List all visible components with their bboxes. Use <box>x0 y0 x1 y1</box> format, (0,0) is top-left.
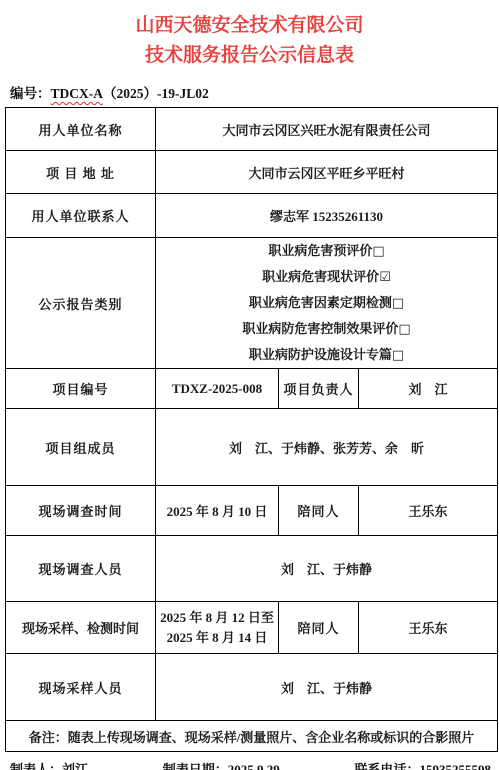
report-type-options: 职业病危害预评价□ 职业病危害现状评价☑ 职业病危害因素定期检测□ 职业病防危害… <box>156 238 498 369</box>
project-leader-label: 项目负责人 <box>279 369 359 409</box>
survey-accompany-value: 王乐东 <box>359 486 498 536</box>
project-number-label: 项目编号 <box>6 369 156 409</box>
footer-line: 制表人：刘江 制表日期：2025.9.29 联系电话：15935255598 <box>10 759 491 770</box>
employer-name-label: 用人单位名称 <box>6 108 156 151</box>
checkbox-unchecked-icon[interactable]: □ <box>372 239 384 264</box>
row-employer-contact: 用人单位联系人 缪志军 15235261130 <box>6 194 498 238</box>
row-sampling-time: 现场采样、检测时间 2025 年 8 月 12 日至 2025 年 8 月 14… <box>6 602 498 654</box>
phone-label: 联系电话： <box>354 762 419 770</box>
sampling-accompany-value: 王乐东 <box>359 602 498 654</box>
sampling-accompany-label: 陪同人 <box>279 602 359 654</box>
maker-label: 制表人： <box>10 762 62 770</box>
row-survey-time: 现场调查时间 2025 年 8 月 10 日 陪同人 王乐东 <box>6 486 498 536</box>
checkbox-checked-icon[interactable]: ☑ <box>379 265 391 290</box>
project-number-value: TDXZ-2025-008 <box>156 369 279 409</box>
survey-staff-label: 现场调查人员 <box>6 536 156 602</box>
option-protective-design: 职业病防护设施设计专篇□ <box>158 342 495 368</box>
note-text: 备注：随表上传现场调查、现场采样/测量照片、含企业名称或标识的合影照片 <box>6 721 498 752</box>
phone-value: 15935255598 <box>420 762 492 770</box>
sampling-time-label: 现场采样、检测时间 <box>6 602 156 654</box>
info-table: 用人单位名称 大同市云冈区兴旺水泥有限责任公司 项 目 地 址 大同市云冈区平旺… <box>5 107 498 752</box>
maker-field: 制表人：刘江 <box>10 759 88 770</box>
sampling-time-line2: 2025 年 8 月 14 日 <box>158 628 276 648</box>
row-project-team: 项目组成员 刘 江、于炜静、张芳芳、余 昕 <box>6 409 498 486</box>
employer-contact-value: 缪志军 15235261130 <box>156 194 498 238</box>
row-employer-name: 用人单位名称 大同市云冈区兴旺水泥有限责任公司 <box>6 108 498 151</box>
project-leader-value: 刘 江 <box>359 369 498 409</box>
project-address-value: 大同市云冈区平旺乡平旺村 <box>156 151 498 194</box>
employer-contact-label: 用人单位联系人 <box>6 194 156 238</box>
document-number-code-rest: （2025）-19-JL02 <box>103 86 209 101</box>
maker-value: 刘江 <box>62 762 88 770</box>
report-type-label: 公示报告类别 <box>6 238 156 369</box>
option-periodic-detection: 职业病危害因素定期检测□ <box>158 290 495 316</box>
project-address-label: 项 目 地 址 <box>6 151 156 194</box>
row-report-type: 公示报告类别 职业病危害预评价□ 职业病危害现状评价☑ 职业病危害因素定期检测□… <box>6 238 498 369</box>
project-team-value: 刘 江、于炜静、张芳芳、余 昕 <box>156 409 498 486</box>
row-sampling-staff: 现场采样人员 刘 江、于炜静 <box>6 654 498 721</box>
date-field: 制表日期：2025.9.29 <box>163 759 280 770</box>
document-number-label: 编号： <box>10 86 51 101</box>
document-number-code: TDCX-A <box>51 86 104 101</box>
row-survey-staff: 现场调查人员 刘 江、于炜静 <box>6 536 498 602</box>
option-pre-evaluation: 职业病危害预评价□ <box>158 238 495 264</box>
checkbox-unchecked-icon[interactable]: □ <box>392 291 404 316</box>
company-name-title: 山西天德安全技术有限公司 <box>0 11 499 41</box>
sampling-staff-value: 刘 江、于炜静 <box>156 654 498 721</box>
sampling-time-line1: 2025 年 8 月 12 日至 <box>158 608 276 628</box>
employer-name-value: 大同市云冈区兴旺水泥有限责任公司 <box>156 108 498 151</box>
survey-accompany-label: 陪同人 <box>279 486 359 536</box>
date-value: 2025.9.29 <box>228 762 280 770</box>
sampling-staff-label: 现场采样人员 <box>6 654 156 721</box>
document-title: 山西天德安全技术有限公司 技术服务报告公示信息表 <box>0 11 499 71</box>
form-name-title: 技术服务报告公示信息表 <box>0 41 499 71</box>
option-status-evaluation: 职业病危害现状评价☑ <box>158 264 495 290</box>
sampling-time-value: 2025 年 8 月 12 日至 2025 年 8 月 14 日 <box>156 602 279 654</box>
option-control-effect: 职业病防危害控制效果评价□ <box>158 316 495 342</box>
row-note: 备注：随表上传现场调查、现场采样/测量照片、含企业名称或标识的合影照片 <box>6 721 498 752</box>
document-number-line: 编号：TDCX-A（2025）-19-JL02 <box>10 82 499 102</box>
phone-field: 联系电话：15935255598 <box>354 759 491 770</box>
survey-time-label: 现场调查时间 <box>6 486 156 536</box>
row-project-address: 项 目 地 址 大同市云冈区平旺乡平旺村 <box>6 151 498 194</box>
survey-time-value: 2025 年 8 月 10 日 <box>156 486 279 536</box>
checkbox-unchecked-icon[interactable]: □ <box>398 317 410 342</box>
project-team-label: 项目组成员 <box>6 409 156 486</box>
checkbox-unchecked-icon[interactable]: □ <box>392 343 404 368</box>
row-project-number: 项目编号 TDXZ-2025-008 项目负责人 刘 江 <box>6 369 498 409</box>
survey-staff-value: 刘 江、于炜静 <box>156 536 498 602</box>
date-label: 制表日期： <box>163 762 228 770</box>
